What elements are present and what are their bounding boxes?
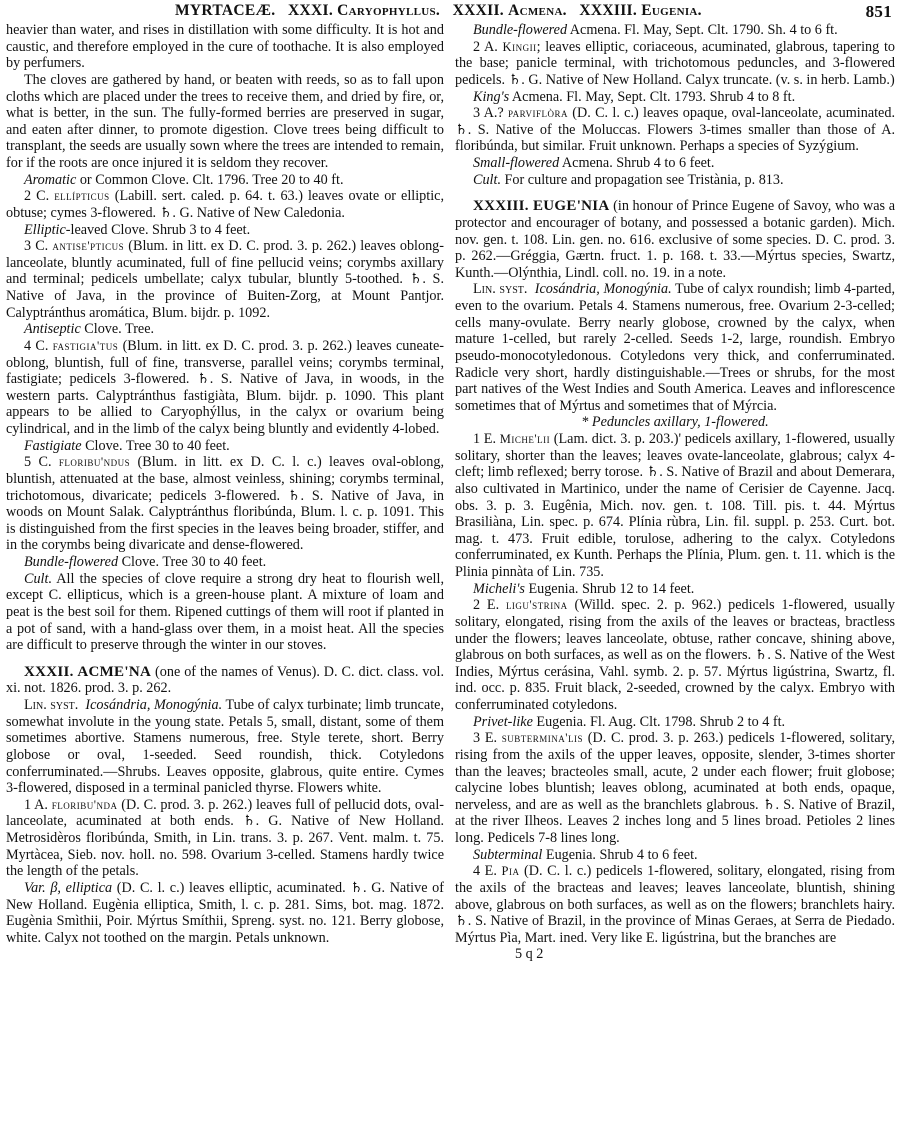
common-name-fastigiate-clove: Fastigiate Clove. Tree 30 to 40 feet. <box>6 438 444 455</box>
species-name: floribu'nda <box>52 798 118 812</box>
left-column: heavier than water, and rises in distill… <box>6 22 444 946</box>
species-entry-acmena-floribunda: 1 A. floribu'nda (D. C. prod. 3. p. 262.… <box>6 797 444 880</box>
common-name-bundle-flowered-acmena: Bundle-flowered Acmena. Fl. May, Sept. C… <box>455 22 895 39</box>
species-name: Pia <box>502 864 520 878</box>
common-name-bundle-flowered-clove: Bundle-flowered Clove. Tree 30 to 40 fee… <box>6 554 444 571</box>
family-name: MYRTACEÆ. <box>175 2 275 19</box>
species-entry-pia: 4 E. Pia (D. C. l. c.) pedicels 1-flower… <box>455 863 895 946</box>
species-entry-antisepticus: 3 C. antise'pticus (Blum. in litt. ex D.… <box>6 238 444 321</box>
common-name-aromatic-clove: Aromatic or Common Clove. Clt. 1796. Tre… <box>6 172 444 189</box>
species-name: antise'pticus <box>52 239 124 253</box>
species-name: fastigia'tus <box>53 339 119 353</box>
signature-mark: 5 q 2 <box>455 946 895 963</box>
common-name-elliptic-clove: Elliptic-leaved Clove. Shrub 3 to 4 feet… <box>6 222 444 239</box>
species-name: ellípticus <box>54 189 110 203</box>
right-column: Bundle-flowered Acmena. Fl. May, Sept. C… <box>455 22 895 963</box>
species-entry-subterminalis: 3 E. subtermina'lis (D. C. prod. 3. p. 2… <box>455 730 895 846</box>
running-title: MYRTACEÆ. XXXI. Caryophyllus. XXXII. Acm… <box>175 2 702 20</box>
genus-heading-acmena: XXXII. ACME'NA (one of the names of Venu… <box>6 664 444 697</box>
page-number: 851 <box>866 2 892 22</box>
species-entry-ellipticus: 2 C. ellípticus (Labill. sert. caled. p.… <box>6 188 444 221</box>
genus-name: XXXIII. EUGE'NIA <box>473 198 610 214</box>
section-eugenia: XXXIII. Eugenia. <box>579 2 701 19</box>
species-name: Kingii <box>503 40 537 54</box>
running-header: MYRTACEÆ. XXXI. Caryophyllus. XXXII. Acm… <box>0 2 900 20</box>
paragraph-cultivation-clove: Cult. All the species of clove require a… <box>6 571 444 654</box>
species-name: subtermina'lis <box>502 731 583 745</box>
section-caryophyllus: XXXI. Caryophyllus. <box>288 2 440 19</box>
species-name: floribu'ndus <box>59 455 130 469</box>
species-entry-kingii: 2 A. Kingii; leaves elliptic, coriaceous… <box>455 39 895 89</box>
section-acmena: XXXII. Acmena. <box>453 2 567 19</box>
paragraph-oil-properties: heavier than water, and rises in distill… <box>6 22 444 72</box>
species-entry-floribundus: 5 C. floribu'ndus (Blum. in litt. ex D. … <box>6 454 444 554</box>
paragraph-cloves-harvest: The cloves are gathered by hand, or beat… <box>6 72 444 172</box>
subsection-heading-peduncles: * Peduncles axillary, 1-flowered. <box>455 414 895 431</box>
common-name-privet-like-eugenia: Privet-like Eugenia. Fl. Aug. Clt. 1798.… <box>455 714 895 731</box>
variety-entry-elliptica: Var. β, elliptica (D. C. l. c.) leaves e… <box>6 880 444 947</box>
species-name: Miche'lii <box>500 432 550 446</box>
genus-heading-eugenia: XXXIII. EUGE'NIA (in honour of Prince Eu… <box>455 198 895 281</box>
paragraph-lin-syst-acmena: Lin. syst. Icosándria, Monogýnia. Tube o… <box>6 697 444 797</box>
species-entry-ligustrina: 2 E. ligu'strina (Willd. spec. 2. p. 962… <box>455 597 895 713</box>
species-entry-fastigiatus: 4 C. fastigia'tus (Blum. in litt. ex D. … <box>6 338 444 438</box>
species-entry-michelii: 1 E. Miche'lii (Lam. dict. 3. p. 203.)' … <box>455 431 895 581</box>
paragraph-lin-syst-eugenia: Lin. syst. Icosándria, Monogýnia. Tube o… <box>455 281 895 414</box>
species-name: parviflòra <box>508 106 568 120</box>
common-name-antiseptic-clove: Antiseptic Clove. Tree. <box>6 321 444 338</box>
species-entry-parviflora: 3 A.? parviflòra (D. C. l. c.) leaves op… <box>455 105 895 155</box>
common-name-small-flowered-acmena: Small-flowered Acmena. Shrub 4 to 6 feet… <box>455 155 895 172</box>
common-name-michelis-eugenia: Micheli's Eugenia. Shrub 12 to 14 feet. <box>455 581 895 598</box>
paragraph-cultivation-acmena: Cult. For culture and propagation see Tr… <box>455 172 895 189</box>
species-name: ligu'strina <box>506 598 568 612</box>
common-name-subterminal-eugenia: Subterminal Eugenia. Shrub 4 to 6 feet. <box>455 847 895 864</box>
genus-name: XXXII. ACME'NA <box>24 664 151 680</box>
common-name-kings-acmena: King's Acmena. Fl. May, Sept. Clt. 1793.… <box>455 89 895 106</box>
